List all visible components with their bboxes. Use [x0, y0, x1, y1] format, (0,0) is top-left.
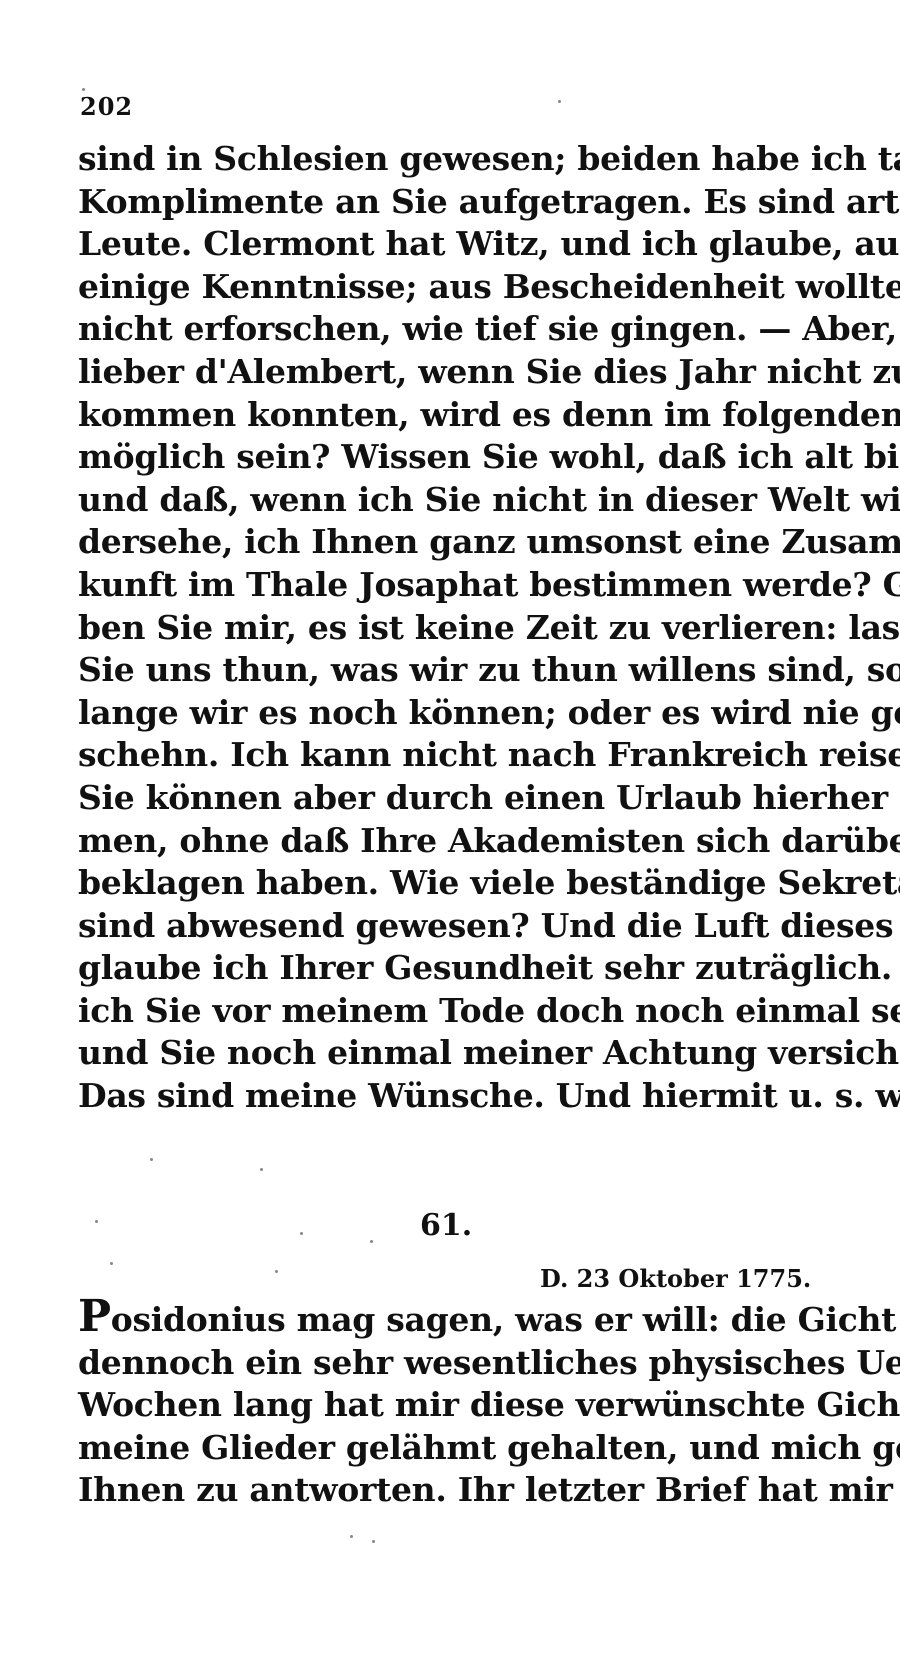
- scan-speck: [95, 1220, 98, 1223]
- text-line: Sie können aber durch einen Urlaub hierh…: [78, 777, 830, 820]
- text-line: kunft im Thale Josaphat bestimmen werde?…: [78, 564, 830, 607]
- scan-speck: [82, 88, 85, 91]
- text-line: möglich sein? Wissen Sie wohl, daß ich a…: [78, 436, 830, 479]
- scan-speck: [300, 1232, 303, 1235]
- text-line: einige Kenntnisse; aus Bescheidenheit wo…: [78, 266, 830, 309]
- text-line: ich Sie vor meinem Tode doch noch einmal…: [78, 990, 830, 1033]
- scan-speck: [350, 1535, 353, 1538]
- scan-speck: [275, 1270, 278, 1273]
- text-line-first: Posidonius mag sagen, was er will: die G…: [78, 1296, 830, 1342]
- page-number: 202: [80, 92, 133, 121]
- letter-61-body: Posidonius mag sagen, was er will: die G…: [78, 1296, 830, 1512]
- letter-60-continuation: sind in Schlesien gewesen; beiden habe i…: [78, 138, 830, 1118]
- text-line: und daß, wenn ich Sie nicht in dieser We…: [78, 479, 830, 522]
- text-line: Komplimente an Sie aufgetragen. Es sind …: [78, 181, 830, 224]
- scan-speck: [260, 1168, 263, 1171]
- text-line: meine Glieder gelähmt gehalten, und mich…: [78, 1427, 830, 1470]
- text-line: lieber d'Alembert, wenn Sie dies Jahr ni…: [78, 351, 830, 394]
- letter-number-heading: 61.: [420, 1208, 472, 1243]
- scan-speck: [372, 1540, 375, 1543]
- scan-speck: [150, 1158, 153, 1161]
- text-line: dennoch ein sehr wesentliches physisches…: [78, 1342, 830, 1385]
- book-page: 202 sind in Schlesien gewesen; beiden ha…: [0, 0, 900, 1669]
- text-line: schehn. Ich kann nicht nach Frankreich r…: [78, 734, 830, 777]
- letter-date: D. 23 Oktober 1775.: [540, 1264, 811, 1293]
- text-line: sind abwesend gewesen? Und die Luft dies…: [78, 905, 830, 948]
- text-line: ben Sie mir, es ist keine Zeit zu verlie…: [78, 607, 830, 650]
- scan-speck: [110, 1262, 113, 1265]
- text-line: und Sie noch einmal meiner Achtung versi…: [78, 1032, 830, 1075]
- text-line: dersehe, ich Ihnen ganz umsonst eine Zus…: [78, 521, 830, 564]
- text-line: men, ohne daß Ihre Akademisten sich darü…: [78, 820, 830, 863]
- text-line: Sie uns thun, was wir zu thun willens si…: [78, 649, 830, 692]
- text-line: kommen konnten, wird es denn im folgende…: [78, 394, 830, 437]
- text-line: Leute. Clermont hat Witz, und ich glaube…: [78, 223, 830, 266]
- text-line: lange wir es noch können; oder es wird n…: [78, 692, 830, 735]
- scan-speck: [370, 1240, 373, 1243]
- text-line: Wochen lang hat mir diese verwünschte Gi…: [78, 1384, 830, 1427]
- text-line: Das sind meine Wünsche. Und hiermit u. s…: [78, 1075, 830, 1118]
- drop-cap: P: [78, 1291, 111, 1342]
- text-line: sind in Schlesien gewesen; beiden habe i…: [78, 138, 830, 181]
- scan-speck: [558, 100, 561, 103]
- first-line-text: osidonius mag sagen, was er will: die Gi…: [111, 1300, 900, 1339]
- text-line: beklagen haben. Wie viele beständige Sek…: [78, 862, 830, 905]
- text-line: Ihnen zu antworten. Ihr letzter Brief ha…: [78, 1469, 830, 1512]
- text-line: glaube ich Ihrer Gesundheit sehr zuträgl…: [78, 947, 830, 990]
- text-line: nicht erforschen, wie tief sie gingen. —…: [78, 308, 830, 351]
